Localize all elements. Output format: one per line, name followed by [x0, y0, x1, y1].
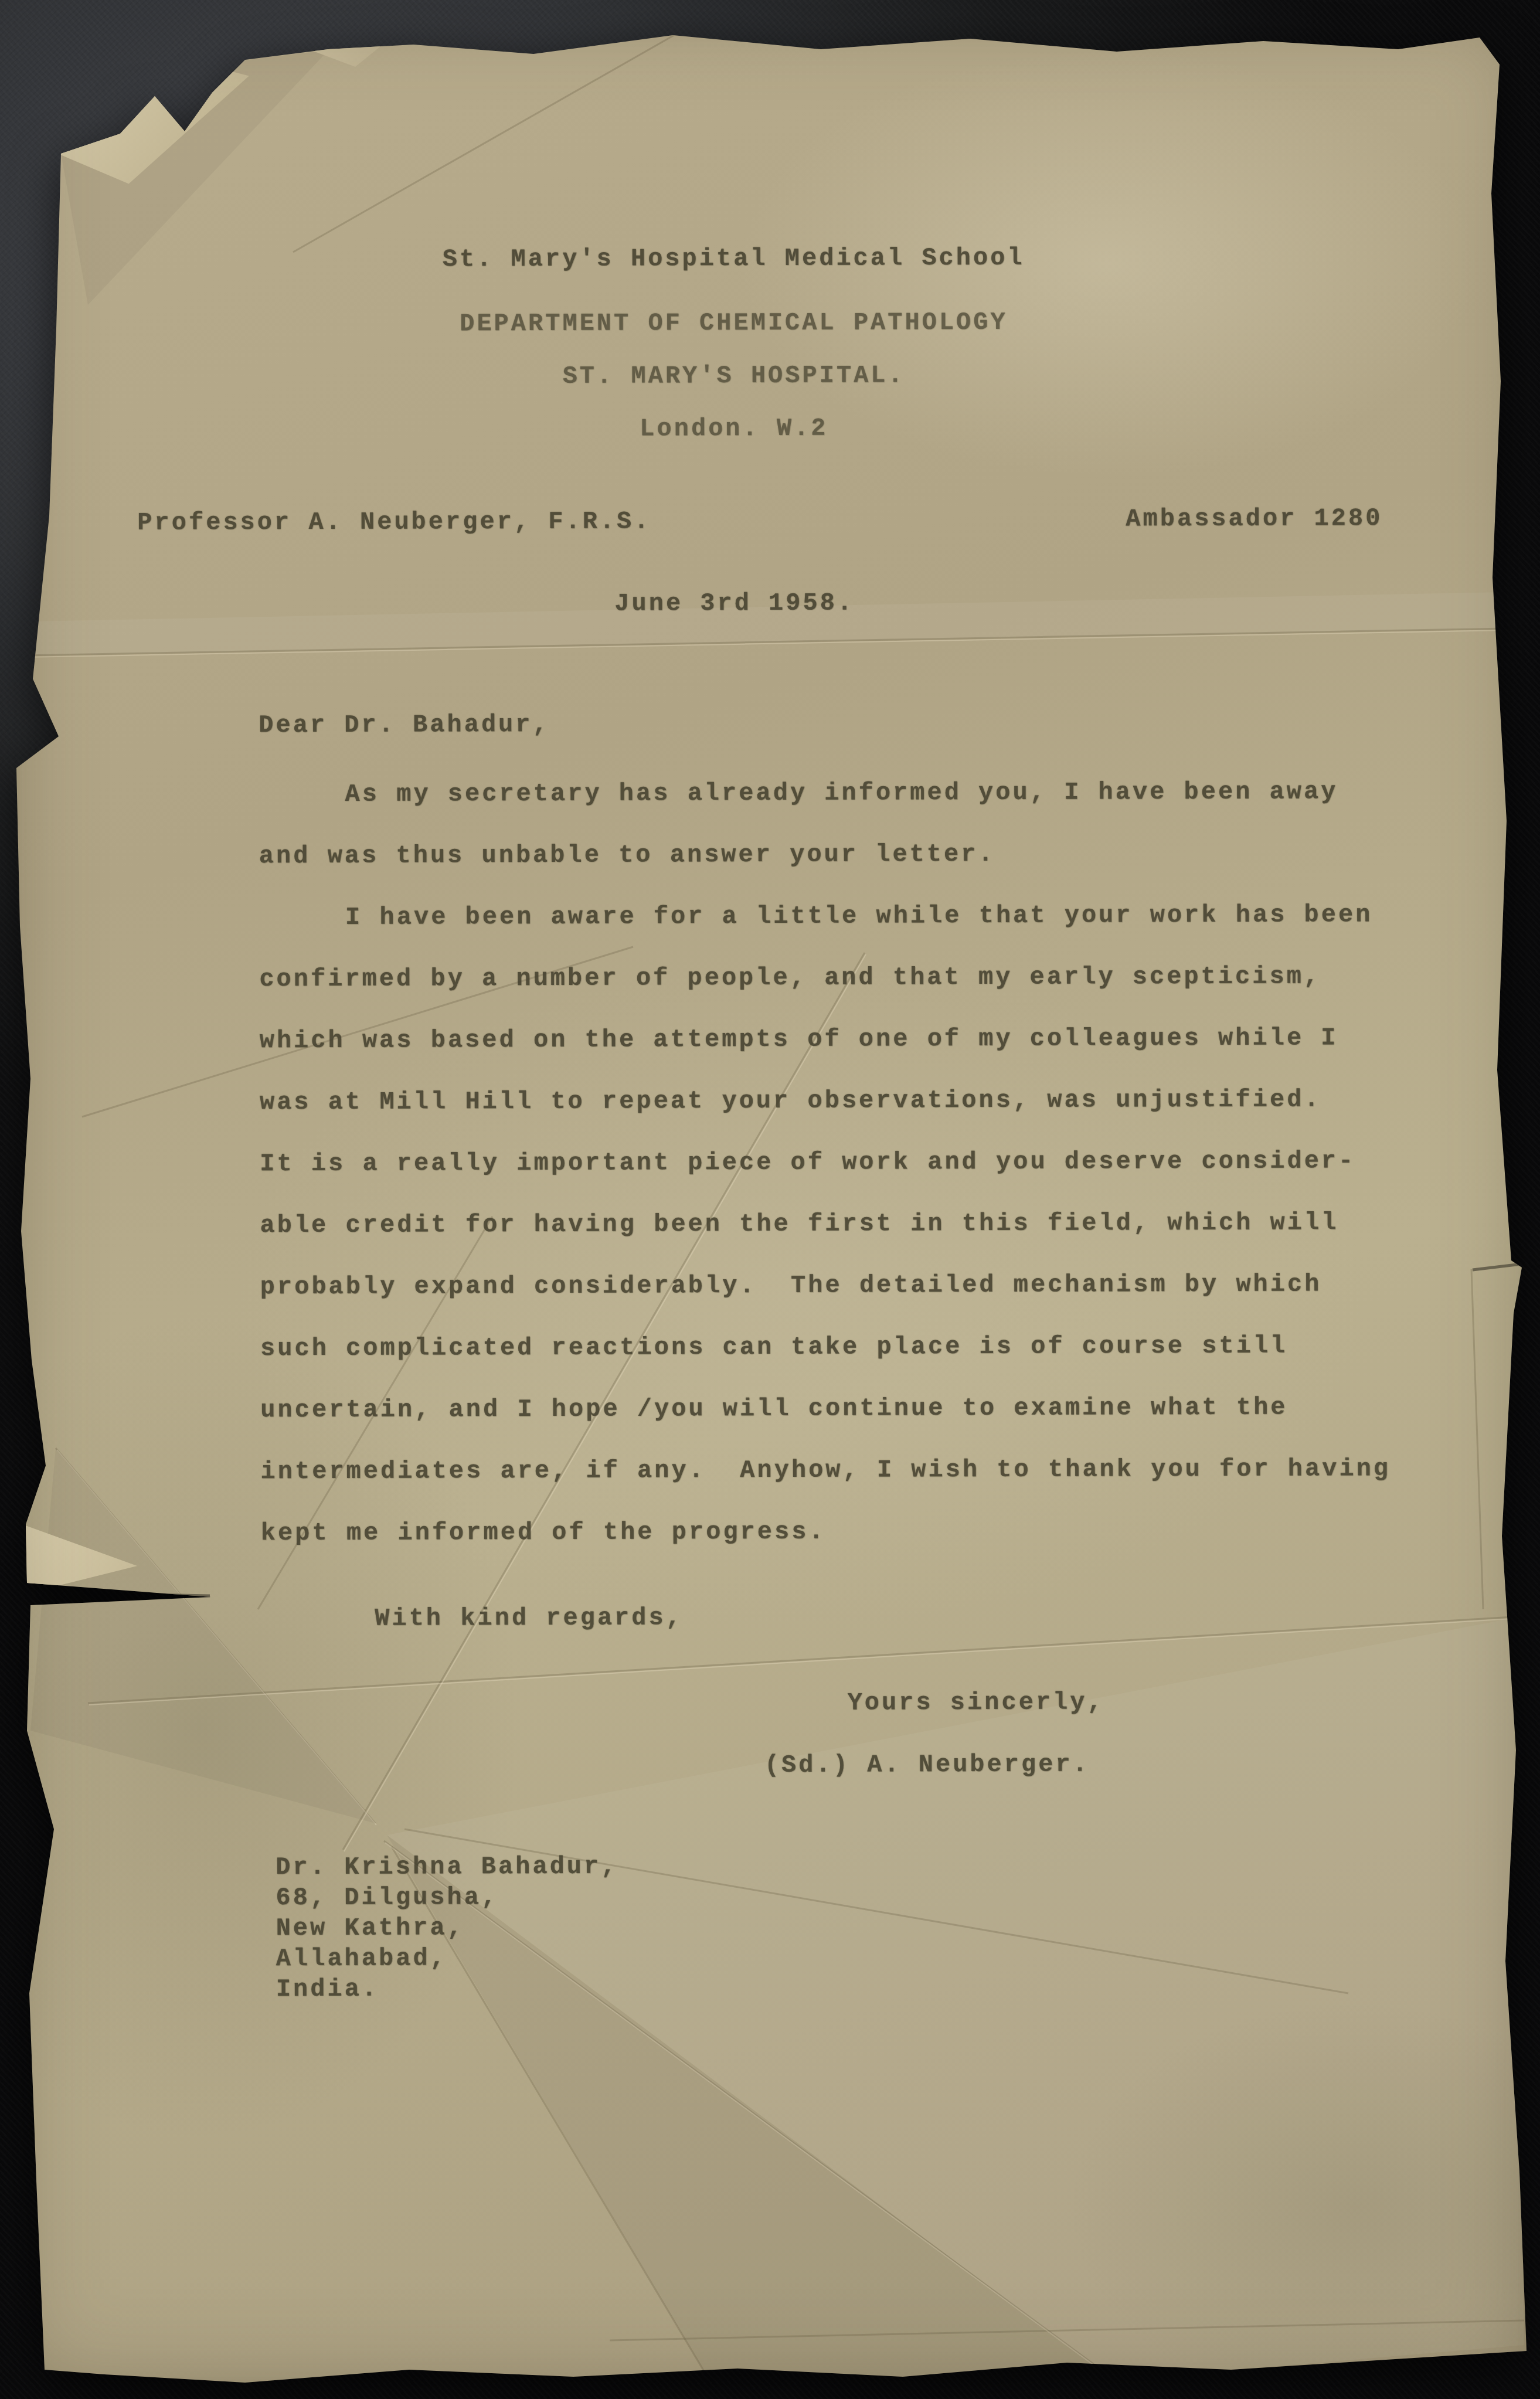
date-line: June 3rd 1958.: [2, 589, 1467, 618]
letterhead-line-2: DEPARTMENT OF CHEMICAL PATHOLOGY: [1, 309, 1466, 338]
body-line: uncertain, and I hope /you will continue…: [260, 1395, 1287, 1423]
signature: (Sd.) A. Neuberger.: [764, 1752, 1090, 1778]
closing-regards: With kind regards,: [375, 1605, 683, 1630]
letter-paper: St. Mary's Hospital Medical School DEPAR…: [0, 0, 1540, 2399]
letterhead-line-4: London. W.2: [1, 414, 1467, 443]
body-line: and was thus unbable to answer your lett…: [259, 842, 995, 868]
salutation: Dear Dr. Bahadur,: [259, 712, 550, 738]
body-line: confirmed by a number of people, and tha…: [259, 964, 1321, 992]
body-line: probably expand considerably. The detail…: [260, 1272, 1322, 1300]
recipient-address-line: Dr. Krishna Bahadur,: [276, 1854, 618, 1880]
recipient-address-line: 68, Dilgusha,: [276, 1885, 498, 1910]
body-line: As my secretary has already informed you…: [345, 779, 1338, 806]
recipient-address-line: India.: [276, 1977, 379, 2002]
body-line: such complicated reactions can take plac…: [260, 1334, 1287, 1361]
body-line: able credit for having been the first in…: [260, 1210, 1338, 1238]
letterhead-line-3: ST. MARY'S HOSPITAL.: [1, 362, 1467, 390]
sender-name: Professor A. Neuberger, F.R.S.: [137, 509, 651, 535]
closing-valediction: Yours sincerly,: [848, 1690, 1104, 1715]
letter-text-layer: St. Mary's Hospital Medical School DEPAR…: [0, 0, 1540, 2399]
body-line: intermediates are, if any. Anyhow, I wis…: [261, 1456, 1391, 1484]
body-line: kept me informed of the progress.: [261, 1520, 826, 1546]
scan-background: St. Mary's Hospital Medical School DEPAR…: [0, 0, 1540, 2399]
telephone-number: Ambassador 1280: [1126, 506, 1382, 531]
paper-shadow-wrap: St. Mary's Hospital Medical School DEPAR…: [0, 0, 1540, 2399]
body-line: was at Mill Hill to repeat your observat…: [260, 1088, 1321, 1115]
body-line: which was based on the attempts of one o…: [260, 1025, 1338, 1053]
body-line: I have been aware for a little while tha…: [345, 902, 1372, 930]
recipient-address-line: New Kathra,: [276, 1915, 464, 1941]
recipient-address-line: Allahabad,: [276, 1946, 447, 1971]
letterhead-line-1: St. Mary's Hospital Medical School: [1, 244, 1466, 273]
body-line: It is a really important piece of work a…: [260, 1148, 1355, 1176]
